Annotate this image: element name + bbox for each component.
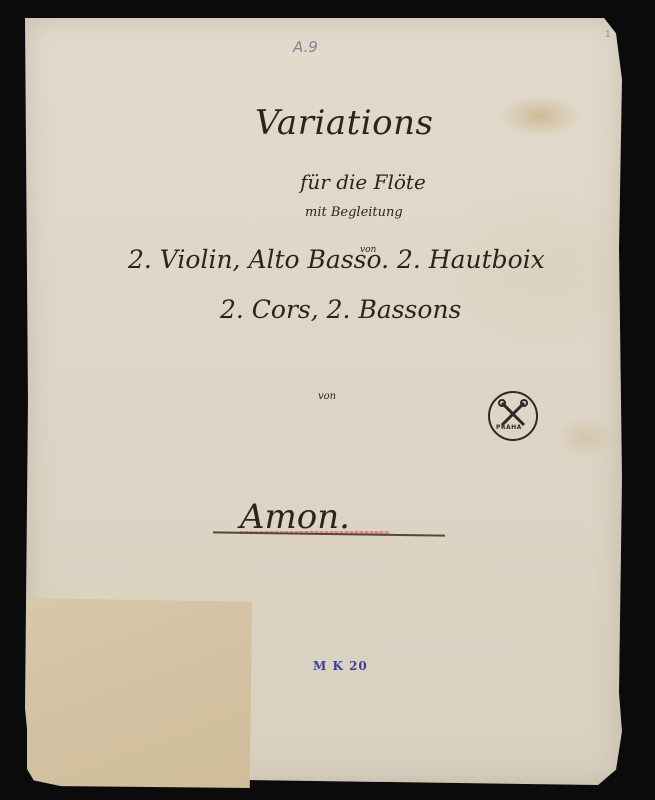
- stamp-text: PRAHA: [496, 424, 522, 431]
- pencil-shelfmark: A.9: [293, 38, 318, 56]
- title-variations: Variations: [255, 103, 433, 143]
- blue-signature-stamp: M K 20: [313, 659, 368, 673]
- corner-pencil-note: 1: [605, 30, 611, 40]
- instrumentation-line-2: 2. Cors, 2. Bassons: [220, 295, 461, 324]
- by-word: von: [318, 391, 336, 402]
- title-instrument: für die Flöte: [300, 170, 426, 194]
- instrumentation-line-1: 2. Violin, Alto Basso. 2. Hautboix: [128, 245, 545, 274]
- repair-patch: [27, 598, 252, 788]
- library-stamp: PRAHA: [488, 391, 538, 441]
- crossed-keys-icon: [490, 393, 536, 439]
- title-accompaniment: mit Begleitung: [305, 205, 403, 220]
